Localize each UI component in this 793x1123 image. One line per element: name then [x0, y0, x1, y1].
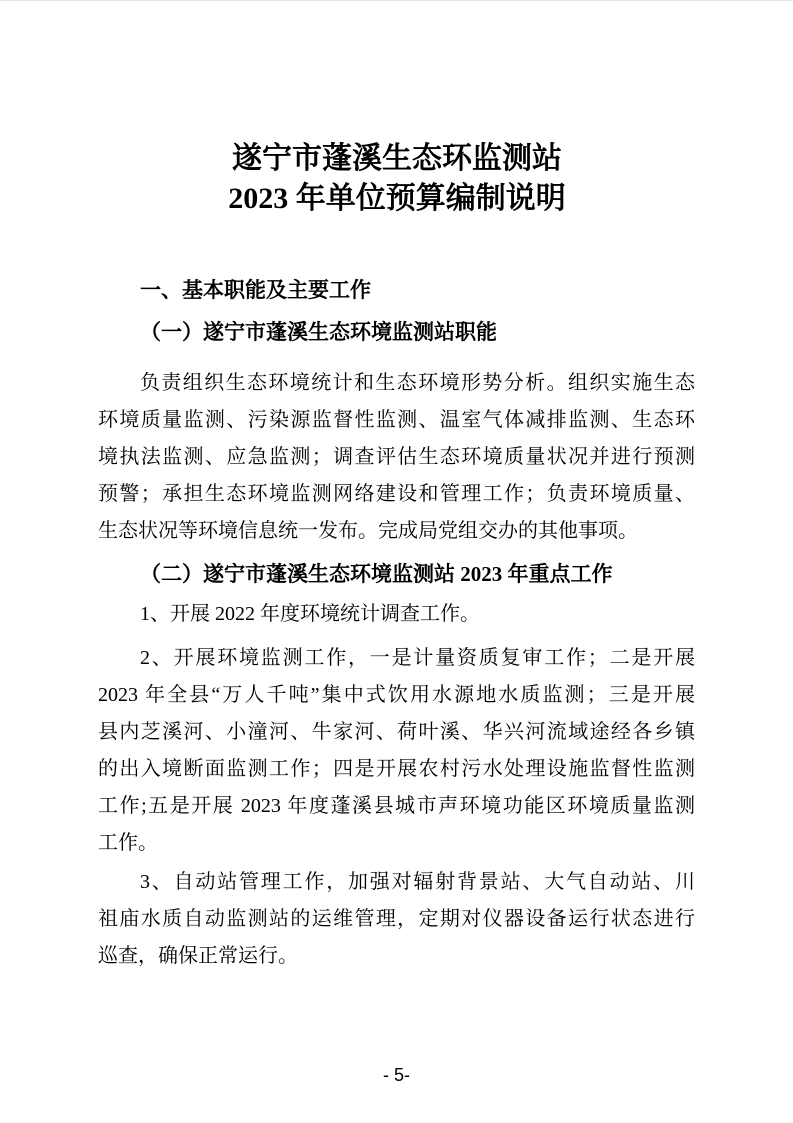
paragraph-line: 境执法监测、应急监测；调查评估生态环境质量状况并进行预测	[98, 439, 695, 476]
document-title-line-1: 遂宁市蓬溪生态环监测站	[97, 139, 697, 179]
page-number: - 5-	[383, 1065, 410, 1085]
paragraph-line: 祖庙水质自动监测站的运维管理，定期对仪器设备运行状态进行	[98, 901, 695, 938]
paragraph-line: 2023 年全县“万人千吨”集中式饮用水源地水质监测；三是开展	[98, 677, 695, 714]
paragraph-1: 负责组织生态环境统计和生态环境形势分析。组织实施生态 环境质量监测、污染源监督性…	[98, 365, 695, 550]
paragraph-line: 工作。	[98, 825, 695, 862]
paragraph-line: 县内芝溪河、小潼河、牛家河、荷叶溪、华兴河流域途经各乡镇	[98, 714, 695, 751]
paragraph-line: 的出入境断面监测工作；四是开展农村污水处理设施监督性监测	[98, 751, 695, 788]
paragraph-line: 负责组织生态环境统计和生态环境形势分析。组织实施生态	[98, 365, 695, 402]
subsection-2-heading-block: （二）遂宁市蓬溪生态环境监测站 2023 年重点工作	[98, 556, 695, 593]
list-item-1: 1、开展 2022 年度环境统计调查工作。	[98, 596, 695, 633]
subsection-1-heading-block: （一）遂宁市蓬溪生态环境监测站职能	[98, 314, 695, 351]
subsection-2-heading: （二）遂宁市蓬溪生态环境监测站 2023 年重点工作	[98, 556, 695, 593]
page-footer: - 5-	[0, 1063, 793, 1087]
paragraph-line: 环境质量监测、污染源监督性监测、温室气体减排监测、生态环	[98, 402, 695, 439]
paragraph-line: 工作;五是开展 2023 年度蓬溪县城市声环境功能区环境质量监测	[98, 788, 695, 825]
section-heading: 一、基本职能及主要工作	[98, 272, 695, 309]
list-item-3: 3、自动站管理工作，加强对辐射背景站、大气自动站、川 祖庙水质自动监测站的运维管…	[98, 864, 695, 975]
paragraph-line: 3、自动站管理工作，加强对辐射背景站、大气自动站、川	[98, 864, 695, 901]
paragraph-line: 2、开展环境监测工作，一是计量资质复审工作；二是开展	[98, 640, 695, 677]
paragraph-line: 巡查，确保正常运行。	[98, 938, 695, 975]
subsection-1-heading: （一）遂宁市蓬溪生态环境监测站职能	[98, 314, 695, 351]
section-1-heading-block: 一、基本职能及主要工作	[98, 272, 695, 309]
list-item-2: 2、开展环境监测工作，一是计量资质复审工作；二是开展 2023 年全县“万人千吨…	[98, 640, 695, 862]
paragraph-line: 1、开展 2022 年度环境统计调查工作。	[98, 596, 695, 633]
document-title: 遂宁市蓬溪生态环监测站 2023 年单位预算编制说明	[97, 139, 697, 219]
paragraph-line: 生态状况等环境信息统一发布。完成局党组交办的其他事项。	[98, 513, 695, 550]
document-title-line-2: 2023 年单位预算编制说明	[97, 179, 697, 219]
paragraph-line: 预警；承担生态环境监测网络建设和管理工作；负责环境质量、	[98, 476, 695, 513]
document-page: 遂宁市蓬溪生态环监测站 2023 年单位预算编制说明 一、基本职能及主要工作 （…	[0, 0, 793, 1123]
